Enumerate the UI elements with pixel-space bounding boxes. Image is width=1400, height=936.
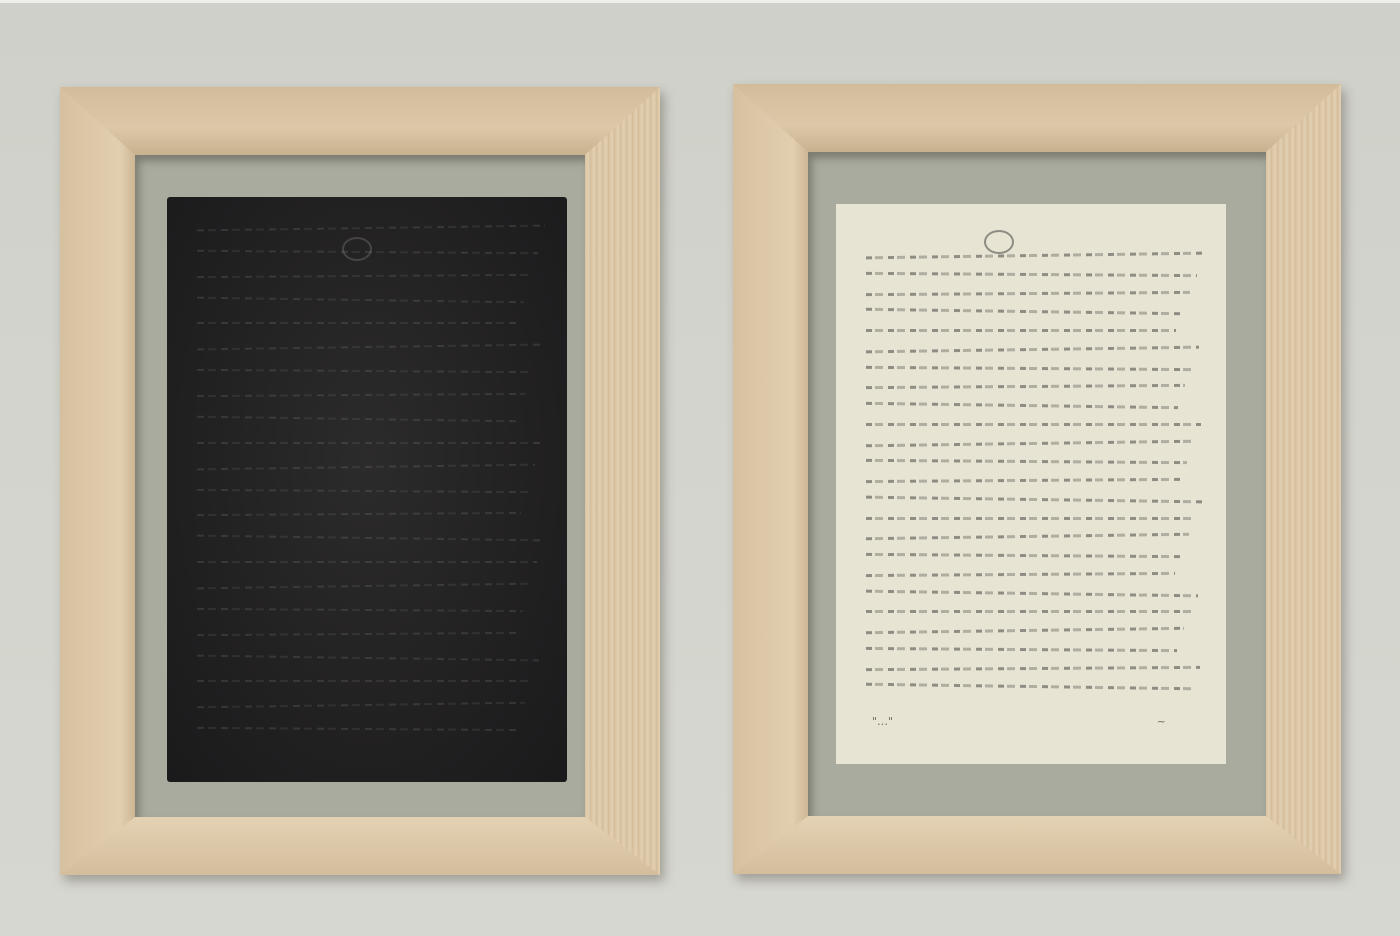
handwriting-line (866, 553, 1182, 558)
handwriting-line (197, 561, 537, 563)
handwriting-line (197, 344, 540, 351)
handwriting-line (866, 665, 1200, 670)
handwriting-line (197, 250, 538, 254)
black-sheet (167, 197, 567, 782)
frame-right-bottom-rail (733, 816, 1341, 874)
handwriting-line (866, 533, 1189, 541)
frame-right-right-rail (1266, 84, 1341, 874)
frame-left-bottom-rail (60, 817, 660, 875)
handwriting-line (197, 654, 539, 661)
handwriting-line (197, 583, 530, 590)
handwriting-line (866, 345, 1199, 353)
handwriting-line (866, 459, 1187, 464)
frame-right-top-rail (733, 84, 1341, 152)
handwriting-line (197, 535, 544, 542)
handwriting-line (866, 402, 1178, 409)
frame-right: "…" ~ (733, 84, 1341, 874)
handwriting-line (866, 365, 1192, 370)
photo-top-edge (0, 0, 1400, 3)
handwriting-line (866, 589, 1198, 597)
handwriting-line (866, 517, 1196, 520)
frame-right-left-rail (733, 84, 808, 874)
frame-right-mount: "…" ~ (808, 152, 1266, 816)
handwriting-line (866, 272, 1197, 277)
handwriting-line (866, 308, 1183, 315)
handwriting-line (197, 274, 531, 278)
handwriting-line (197, 225, 545, 232)
frame-left-left-rail (60, 87, 135, 875)
handwriting-line (866, 647, 1177, 652)
handwriting-line (197, 442, 542, 444)
handwriting-line (197, 512, 521, 516)
handwriting-line (197, 393, 526, 397)
handwriting-line (197, 322, 517, 324)
handwriting-line (866, 290, 1190, 295)
paper-sheet: "…" ~ (836, 204, 1226, 764)
handwriting-line (197, 680, 532, 682)
handwriting-line (866, 572, 1175, 577)
handwriting-line (197, 632, 516, 636)
handwriting-line (197, 296, 524, 303)
pencil-handwriting (866, 254, 1204, 704)
bottom-left-mark: "…" (872, 715, 893, 728)
handwriting-line (866, 252, 1204, 260)
handwriting-line (197, 463, 535, 470)
handwriting-line (197, 488, 528, 492)
handwriting-line (866, 478, 1180, 483)
handwriting-line (866, 627, 1184, 634)
handwriting-line (197, 608, 523, 612)
handwriting-line (866, 384, 1185, 389)
doodle-mark (984, 230, 1014, 254)
handwriting-line (866, 423, 1201, 426)
handwriting-line (866, 329, 1176, 332)
handwriting-line (866, 439, 1194, 447)
bottom-right-mark: ~ (1157, 715, 1166, 728)
handwriting-line (866, 610, 1191, 613)
handwriting-line (866, 683, 1193, 691)
handwriting-line (197, 369, 533, 373)
frame-left-mount (135, 155, 585, 817)
handwriting-line (197, 727, 518, 731)
frame-left-top-rail (60, 87, 660, 155)
faint-handwriting (197, 227, 545, 752)
frame-left-right-rail (585, 87, 660, 875)
handwriting-line (197, 416, 519, 422)
handwriting-line (197, 702, 525, 709)
handwriting-line (866, 495, 1203, 503)
frame-left (60, 87, 660, 875)
